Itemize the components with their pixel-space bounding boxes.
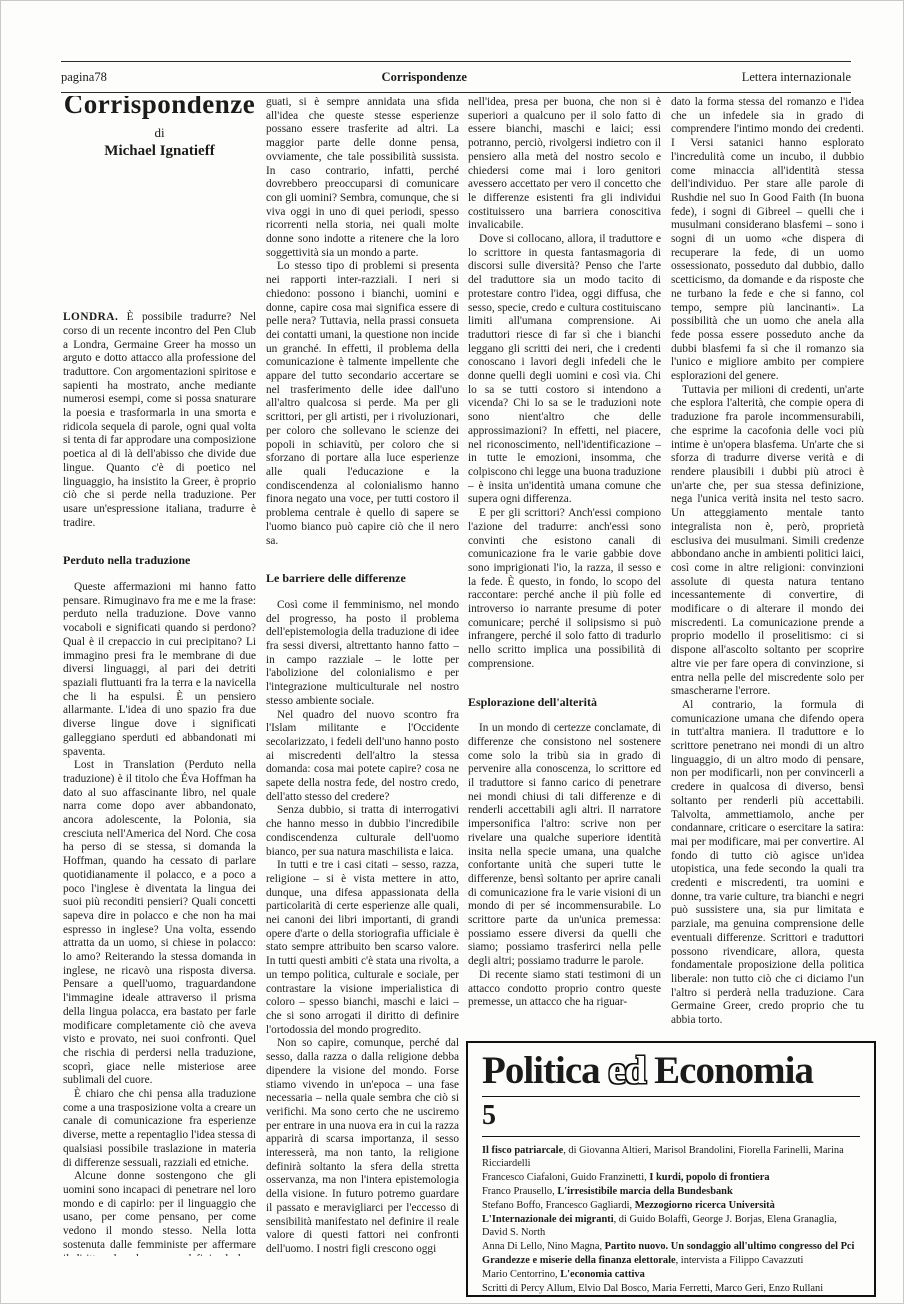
paragraph: LONDRA. È possibile tradurre? Nel corso … bbox=[63, 311, 256, 530]
section-header-title: Corrispondenze bbox=[382, 70, 467, 85]
box-title: Politica ed Economia bbox=[482, 1051, 860, 1092]
paragraph: Lo stesso tipo di problemi si presenta n… bbox=[266, 260, 459, 548]
text-column-1: Corrispondenze di Michael Ignatieff LOND… bbox=[63, 96, 256, 1256]
politica-ed-economia-box: Politica ed Economia 5 Il fisco patriarc… bbox=[466, 1041, 876, 1297]
box-title-segment: Politica bbox=[482, 1049, 608, 1092]
paragraph: Tuttavia per milioni di credenti, un'art… bbox=[671, 384, 864, 699]
paragraph: Queste affermazioni mi hanno fatto pensa… bbox=[63, 581, 256, 759]
title-gap bbox=[63, 159, 256, 311]
box-article-item: Il fisco patriarcale, di Giovanna Altier… bbox=[482, 1144, 860, 1170]
text-column-4: dato la forma stessa del romanzo e l'ide… bbox=[671, 96, 864, 1041]
section-heading: Perduto nella traduzione bbox=[63, 554, 256, 568]
box-divider-top bbox=[482, 1096, 860, 1097]
column-body-1: LONDRA. È possibile tradurre? Nel corso … bbox=[63, 311, 256, 1256]
box-article-list: Il fisco patriarcale, di Giovanna Altier… bbox=[482, 1144, 860, 1295]
text-column-3: nell'idea, presa per buona, che non si è… bbox=[468, 96, 661, 1016]
paragraph: Di recente siamo stati testimoni di un a… bbox=[468, 969, 661, 1010]
box-title-segment: Economia bbox=[645, 1049, 813, 1092]
box-article-item: L'Internazionale dei migranti, di Guido … bbox=[482, 1213, 860, 1239]
column-body-4: dato la forma stessa del romanzo e l'ide… bbox=[671, 96, 864, 1028]
paragraph: Così come il femminismo, nel mondo del p… bbox=[266, 599, 459, 709]
box-article-item: Anna Di Lello, Nino Magna, Partito nuovo… bbox=[482, 1240, 860, 1253]
dateline: LONDRA. bbox=[63, 311, 118, 323]
column-body-3: nell'idea, presa per buona, che non si è… bbox=[468, 96, 661, 1010]
page-number-label: pagina78 bbox=[61, 70, 107, 85]
box-article-item: Francesco Ciafaloni, Guido Franzinetti, … bbox=[482, 1171, 860, 1184]
paragraph: Senza dubbio, si tratta di interrogativi… bbox=[266, 804, 459, 859]
paragraph: In un mondo di certezze conclamate, di d… bbox=[468, 722, 661, 969]
box-article-item: Mario Centorrino, L'economia cattiva bbox=[482, 1268, 860, 1281]
magazine-page: pagina78 Corrispondenze Lettera internaz… bbox=[0, 0, 904, 1304]
paragraph: In tutti e tre i casi citati – sesso, ra… bbox=[266, 859, 459, 1037]
box-divider-bottom bbox=[482, 1136, 860, 1137]
section-heading: Esplorazione dell'alterità bbox=[468, 696, 661, 710]
paragraph: Alcune donne sostengono che gli uomini s… bbox=[63, 1170, 256, 1256]
box-article-item: Franco Prausello, L'irresistibile marcia… bbox=[482, 1185, 860, 1198]
paragraph: Nel quadro del nuovo scontro fra l'Islam… bbox=[266, 709, 459, 805]
byline-prefix: di bbox=[63, 126, 256, 140]
paragraph: Al contrario, la formula di comunicazion… bbox=[671, 699, 864, 1028]
paragraph: Dove si collocano, allora, il traduttore… bbox=[468, 233, 661, 507]
paragraph: guati, si è sempre annidata una sfida al… bbox=[266, 96, 459, 260]
box-issue-number: 5 bbox=[482, 1101, 860, 1132]
paragraph: Lost in Translation (Perduto nella tradu… bbox=[63, 759, 256, 1088]
publication-name: Lettera internazionale bbox=[742, 70, 851, 85]
box-article-item: Scritti di Percy Allum, Elvio Dal Bosco,… bbox=[482, 1282, 860, 1295]
paragraph: nell'idea, presa per buona, che non si è… bbox=[468, 96, 661, 233]
article-title: Corrispondenze bbox=[63, 98, 256, 112]
article-author: Michael Ignatieff bbox=[63, 145, 256, 159]
box-article-item: Stefano Boffo, Francesco Gagliardi, Mezz… bbox=[482, 1199, 860, 1212]
paragraph: Non so capire, comunque, perché dal sess… bbox=[266, 1037, 459, 1256]
paragraph: dato la forma stessa del romanzo e l'ide… bbox=[671, 96, 864, 384]
section-heading: Le barriere delle differenze bbox=[266, 572, 459, 586]
running-header: pagina78 Corrispondenze Lettera internaz… bbox=[61, 61, 851, 93]
box-article-item: Grandezze e miserie della finanza eletto… bbox=[482, 1254, 860, 1267]
box-title-segment: ed bbox=[608, 1049, 645, 1092]
column-body-2: guati, si è sempre annidata una sfida al… bbox=[266, 96, 459, 1256]
paragraph: E per gli scrittori? Anch'essi compiono … bbox=[468, 507, 661, 671]
text-column-2: guati, si è sempre annidata una sfida al… bbox=[266, 96, 459, 1256]
paragraph: È chiaro che chi pensa alla traduzione c… bbox=[63, 1088, 256, 1170]
